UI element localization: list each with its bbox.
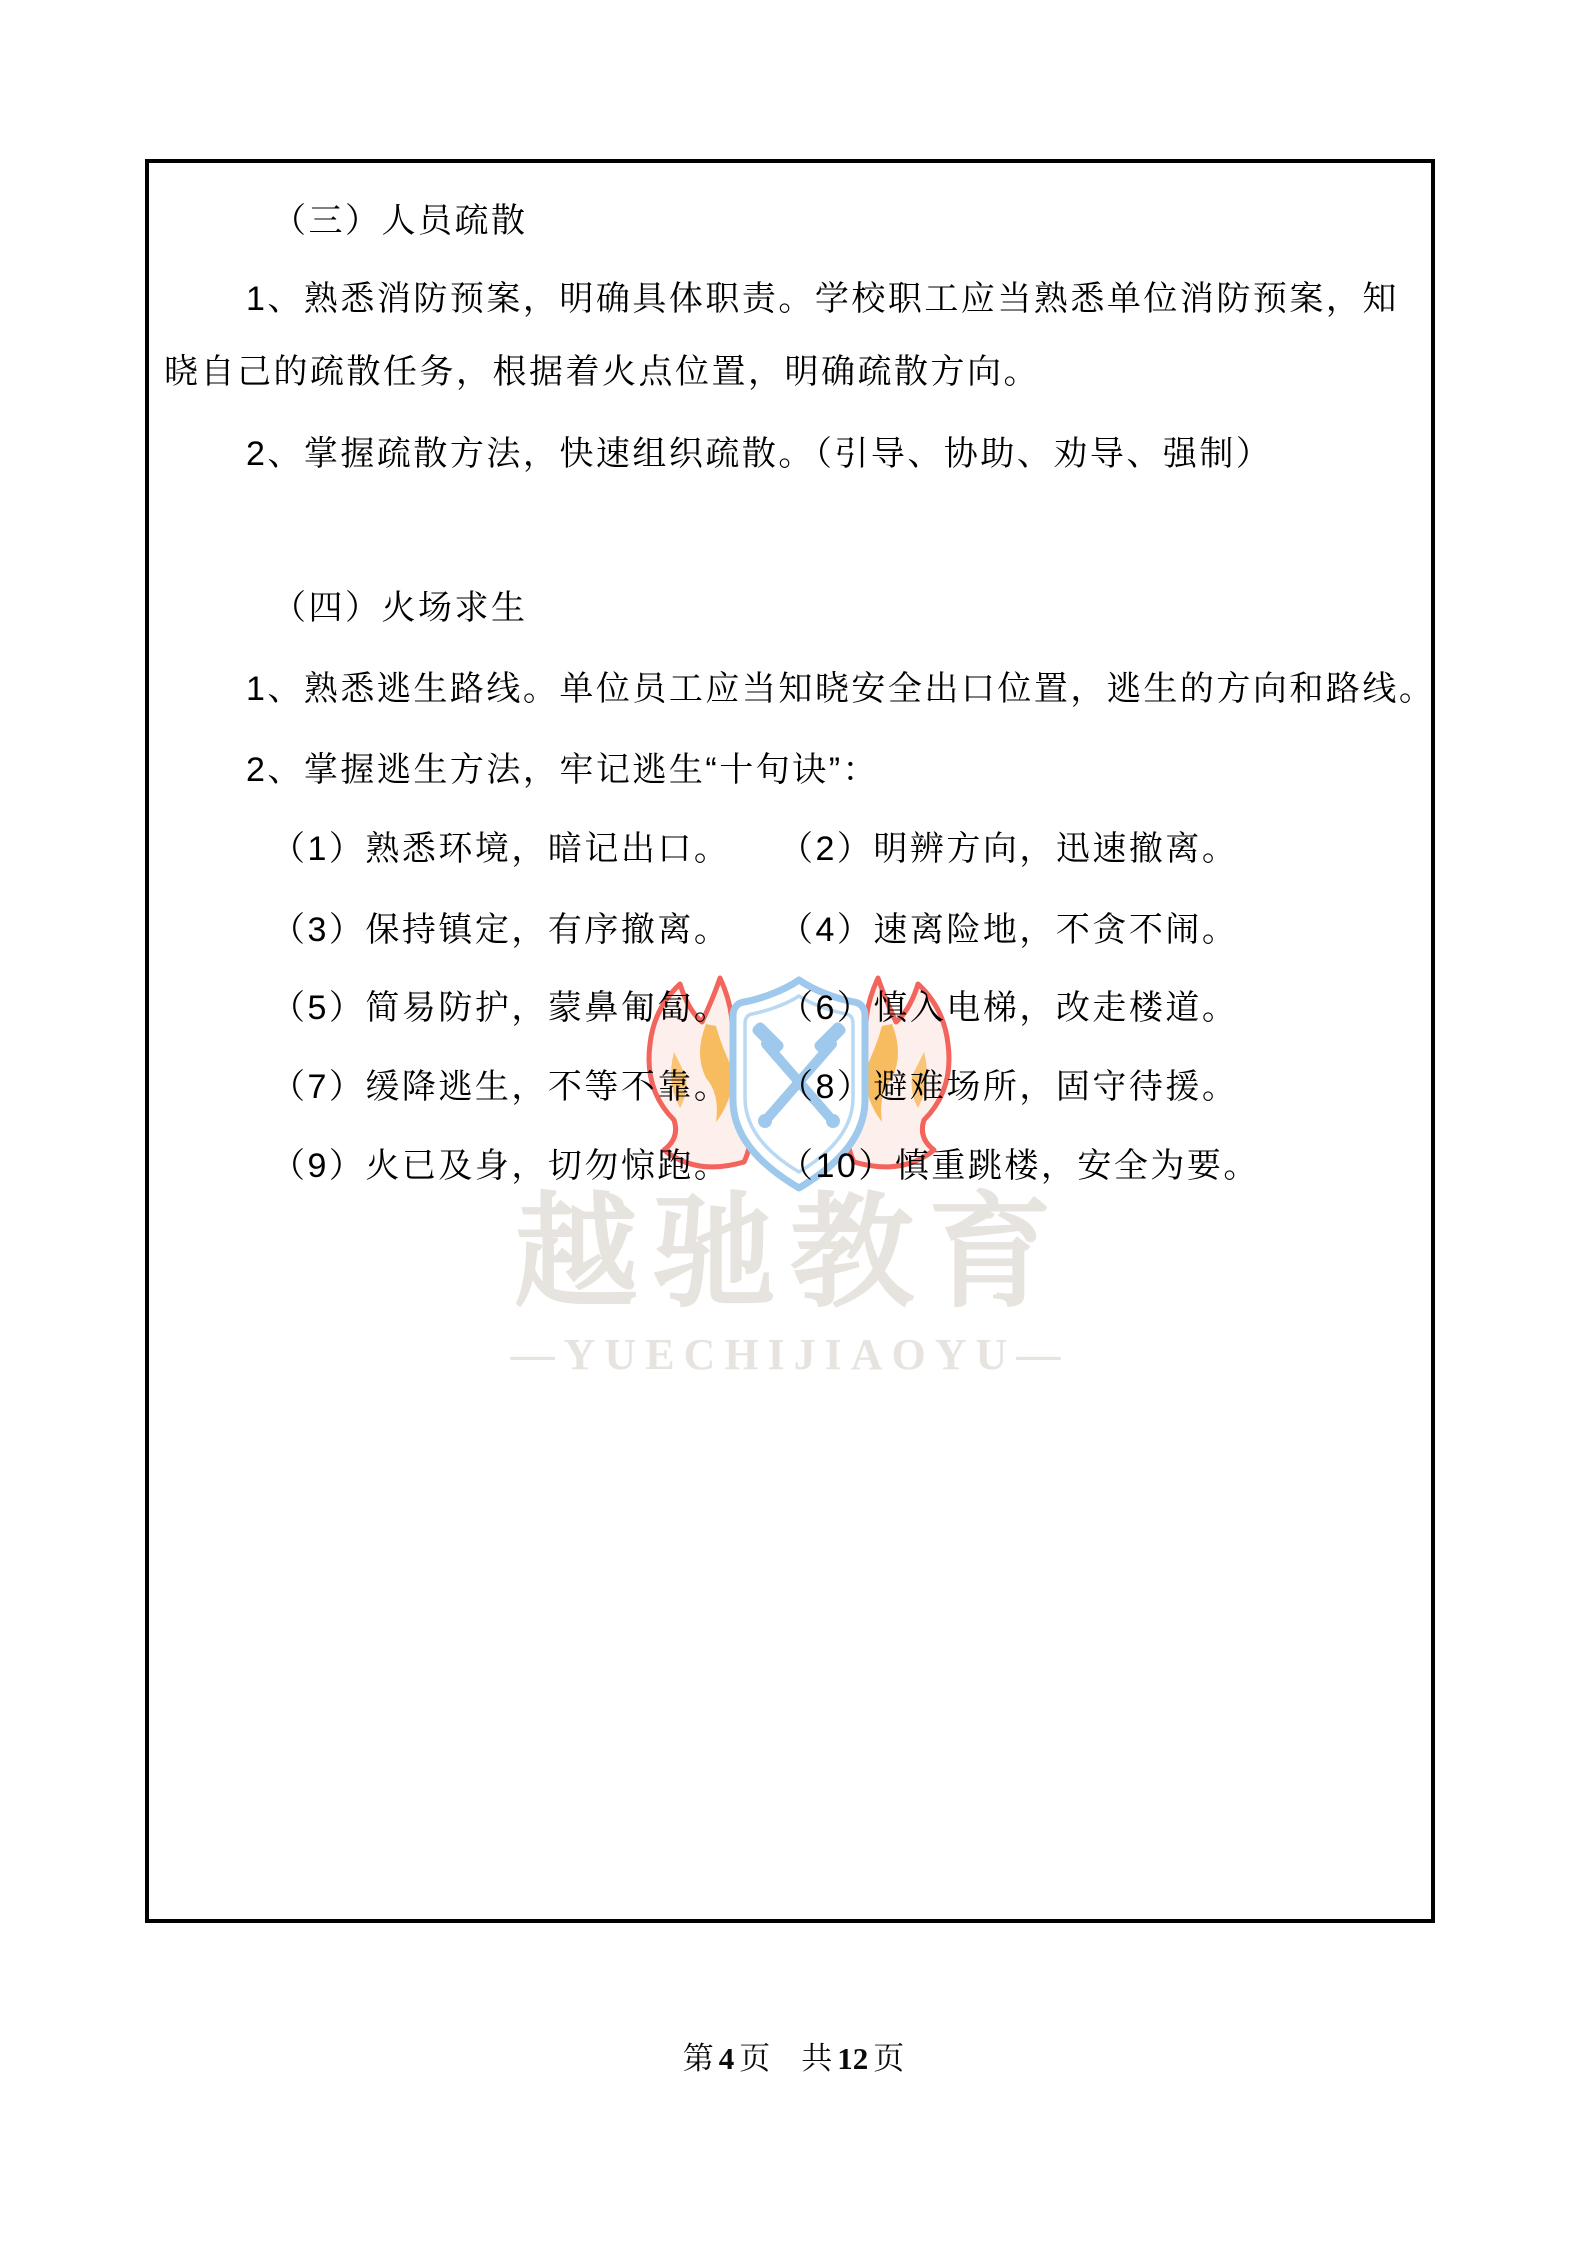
tip-item-8: （8）避难场所，固守待援。 — [779, 1065, 1238, 1109]
tip-item-7: （7）缓降逃生，不等不靠。 — [271, 1065, 730, 1109]
content-border-box: 越驰教育 —YUECHIJIAOYU— （三）人员疏散 1、熟悉消防预案，明确具… — [145, 159, 1435, 1923]
tips-row-3: （5）简易防护，蒙鼻匍匐。 （6）慎入电梯，改走楼道。 — [149, 986, 1431, 1030]
tips-row-4: （7）缓降逃生，不等不靠。 （8）避难场所，固守待援。 — [149, 1065, 1431, 1109]
tips-row-5: （9）火已及身，切勿惊跑。 （10）慎重跳楼，安全为要。 — [149, 1144, 1431, 1188]
footer-label-suffix: 页 — [873, 2041, 904, 2076]
tip-item-3: （3）保持镇定，有序撤离。 — [271, 908, 730, 952]
tip-item-4: （4）速离险地，不贪不闹。 — [779, 908, 1238, 952]
section-3-heading: （三）人员疏散 — [272, 199, 528, 243]
footer-label-mid: 页 共 — [739, 2041, 832, 2076]
section-3-para-1-line-1: 1、熟悉消防预案，明确具体职责。学校职工应当熟悉单位消防预案，知 — [246, 277, 1399, 321]
page-footer: 第4页 共12页 — [0, 2040, 1587, 2078]
section-4-heading: （四）火场求生 — [272, 586, 528, 630]
document-page: 越驰教育 —YUECHIJIAOYU— （三）人员疏散 1、熟悉消防预案，明确具… — [0, 0, 1587, 2245]
section-3-para-2: 2、掌握疏散方法，快速组织疏散。（引导、协助、劝导、强制） — [246, 432, 1272, 476]
tips-row-2: （3）保持镇定，有序撤离。 （4）速离险地，不贪不闹。 — [149, 908, 1431, 952]
tip-item-2: （2）明辨方向，迅速撤离。 — [779, 827, 1238, 871]
footer-label-prefix: 第 — [683, 2041, 714, 2076]
tip-item-1: （1）熟悉环境，暗记出口。 — [271, 827, 730, 871]
section-3-para-1-line-2: 晓自己的疏散任务，根据着火点位置，明确疏散方向。 — [164, 350, 1040, 394]
tip-item-9: （9）火已及身，切勿惊跑。 — [271, 1144, 730, 1188]
watermark-brand-text: 越驰教育 — [149, 1187, 1431, 1321]
tip-item-5: （5）简易防护，蒙鼻匍匐。 — [271, 986, 730, 1030]
watermark-brand-latin: —YUECHIJIAOYU— — [149, 1331, 1431, 1379]
tip-item-10: （10）慎重跳楼，安全为要。 — [779, 1144, 1260, 1188]
footer-page-number: 4 — [719, 2041, 735, 2076]
section-4-para-2: 2、掌握逃生方法，牢记逃生“十句诀”： — [246, 748, 879, 792]
section-4-para-1: 1、熟悉逃生路线。单位员工应当知晓安全出口位置，逃生的方向和路线。 — [246, 667, 1435, 711]
tip-item-6: （6）慎入电梯，改走楼道。 — [779, 986, 1238, 1030]
footer-total-pages: 12 — [837, 2041, 868, 2076]
tips-row-1: （1）熟悉环境，暗记出口。 （2）明辨方向，迅速撤离。 — [149, 827, 1431, 871]
